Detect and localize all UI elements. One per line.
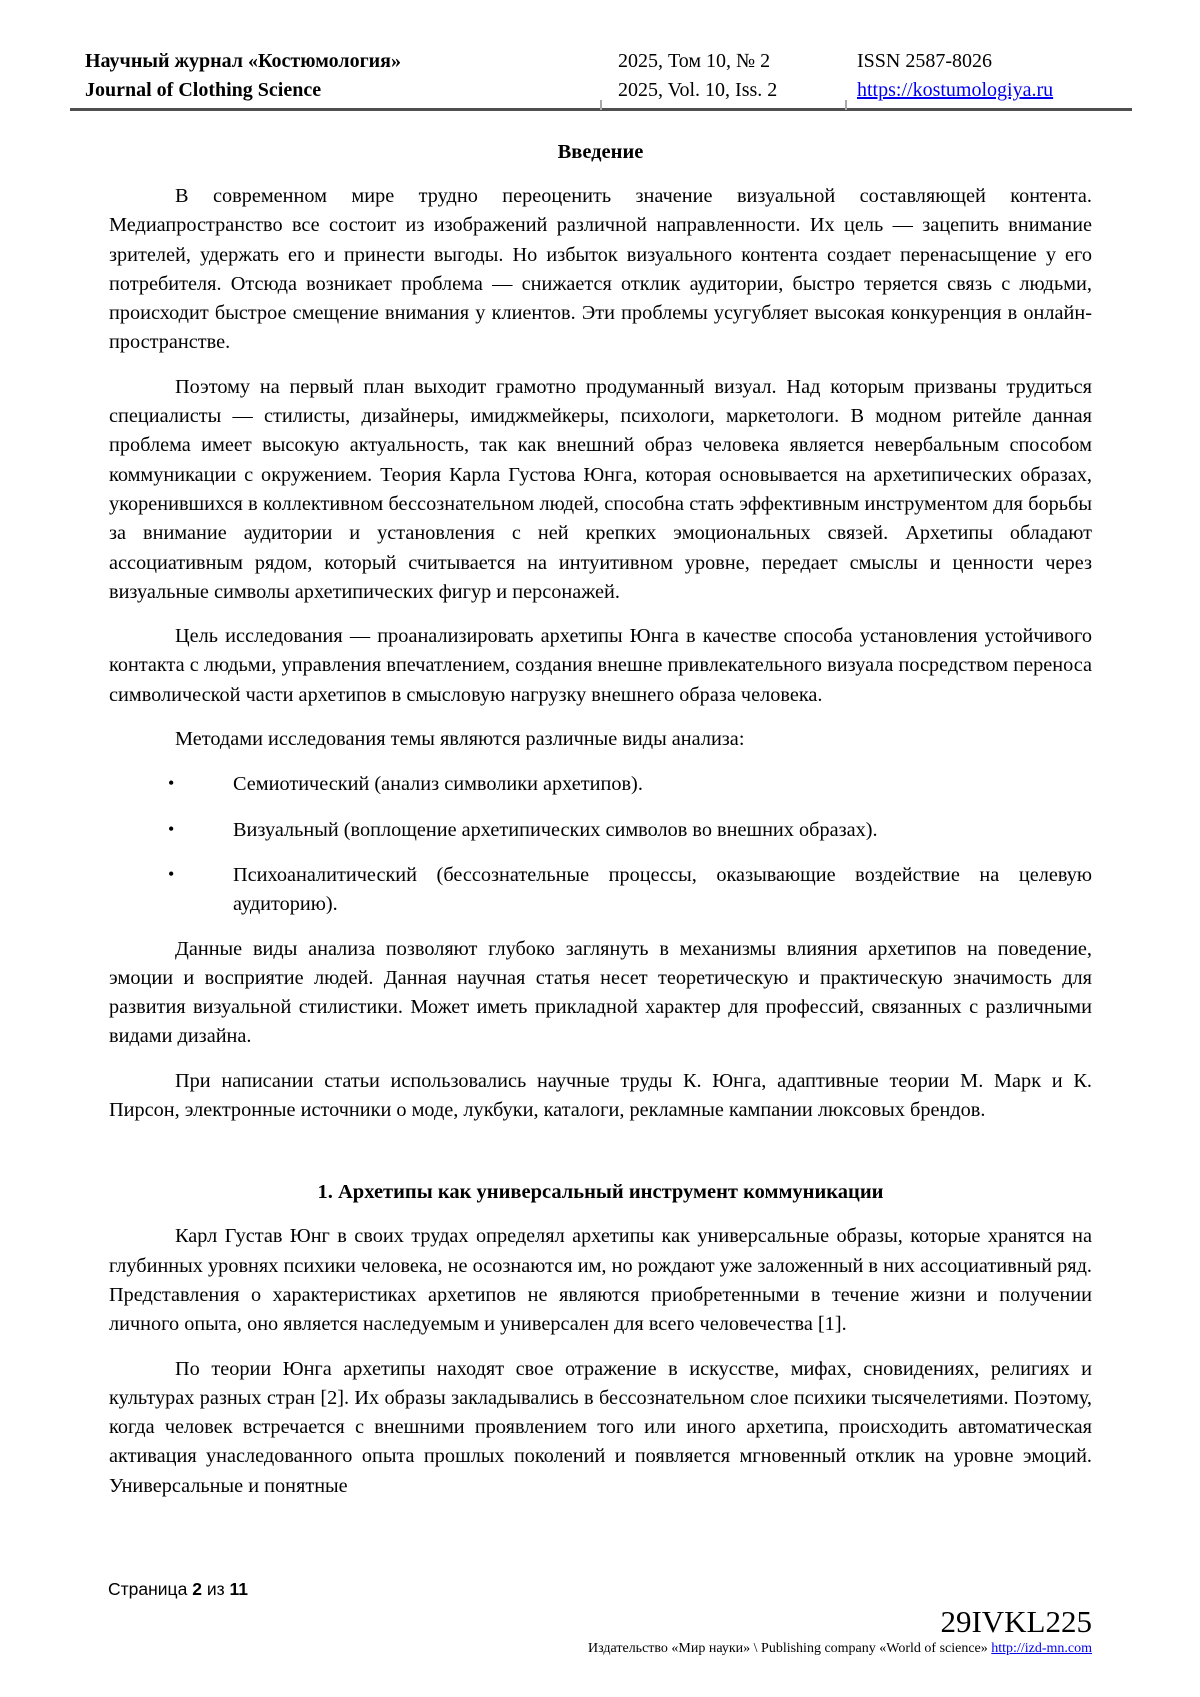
list-item: • Психоаналитический (бессознательные пр…	[109, 861, 1092, 920]
article-id: 29IVKL225	[940, 1604, 1092, 1640]
journal-header: Научный журнал «Костюмология» Journal of…	[70, 0, 1132, 111]
publisher-separator: \	[754, 1641, 758, 1656]
intro-heading: Введение	[109, 138, 1092, 167]
publisher-ru: Издательство «Мир науки»	[588, 1641, 750, 1656]
list-item-text: Визуальный (воплощение архетипических си…	[233, 819, 878, 841]
intro-paragraph-1: В современном мире трудно переоценить зн…	[109, 182, 1092, 358]
list-item-text: Психоаналитический (бессознательные проц…	[233, 864, 1092, 915]
page-number: 2	[192, 1579, 202, 1599]
journal-title-ru: Научный журнал «Костюмология»	[85, 47, 600, 76]
section-1-paragraph-1: Карл Густав Юнг в своих трудах определял…	[109, 1222, 1092, 1339]
document-page: Научный журнал «Костюмология» Journal of…	[0, 0, 1200, 1697]
publisher-site-link[interactable]: http://izd-mn.com	[991, 1641, 1092, 1656]
body-paragraph-2: При написании статьи использовались науч…	[109, 1067, 1092, 1126]
issue-volume-ru: 2025, Том 10, № 2	[618, 47, 845, 76]
intro-paragraph-4: Методами исследования темы являются разл…	[109, 725, 1092, 754]
issn-number: ISSN 2587-8026	[857, 47, 1132, 76]
intro-paragraph-3: Цель исследования — проанализировать арх…	[109, 622, 1092, 710]
header-column-divider	[600, 100, 602, 110]
issue-info-block: 2025, Том 10, № 2 2025, Vol. 10, Iss. 2	[600, 47, 845, 105]
of-word: из	[207, 1579, 225, 1599]
section-1-paragraph-2: По теории Юнга архетипы находят свое отр…	[109, 1355, 1092, 1501]
list-item: • Семиотический (анализ символики архети…	[109, 770, 1092, 799]
header-column-divider	[845, 100, 847, 110]
publisher-line: Издательство «Мир науки» \ Publishing co…	[588, 1640, 1092, 1658]
list-item: • Визуальный (воплощение архетипических …	[109, 816, 1092, 845]
page-number-label: Страница 2 из 11	[108, 1578, 248, 1600]
methods-list: • Семиотический (анализ символики архети…	[109, 770, 1092, 919]
section-1-heading: 1. Архетипы как универсальный инструмент…	[109, 1178, 1092, 1207]
journal-site-link[interactable]: https://kostumologiya.ru	[857, 79, 1053, 101]
page-word: Страница	[108, 1579, 187, 1599]
issue-volume-en: 2025, Vol. 10, Iss. 2	[618, 76, 845, 105]
body-paragraph-1: Данные виды анализа позволяют глубоко за…	[109, 935, 1092, 1052]
bullet-icon: •	[168, 860, 174, 889]
bullet-icon: •	[168, 815, 174, 844]
bullet-icon: •	[168, 769, 174, 798]
total-pages: 11	[230, 1579, 249, 1599]
issn-block: ISSN 2587-8026 https://kostumologiya.ru	[845, 47, 1132, 105]
publisher-en: Publishing company «World of science»	[761, 1641, 988, 1656]
intro-paragraph-2: Поэтому на первый план выходит грамотно …	[109, 373, 1092, 607]
journal-title-en: Journal of Clothing Science	[85, 76, 600, 105]
list-item-text: Семиотический (анализ символики архетипо…	[233, 773, 643, 795]
journal-title-block: Научный журнал «Костюмология» Journal of…	[70, 47, 600, 105]
article-body: Введение В современном мире трудно перео…	[109, 110, 1092, 1501]
